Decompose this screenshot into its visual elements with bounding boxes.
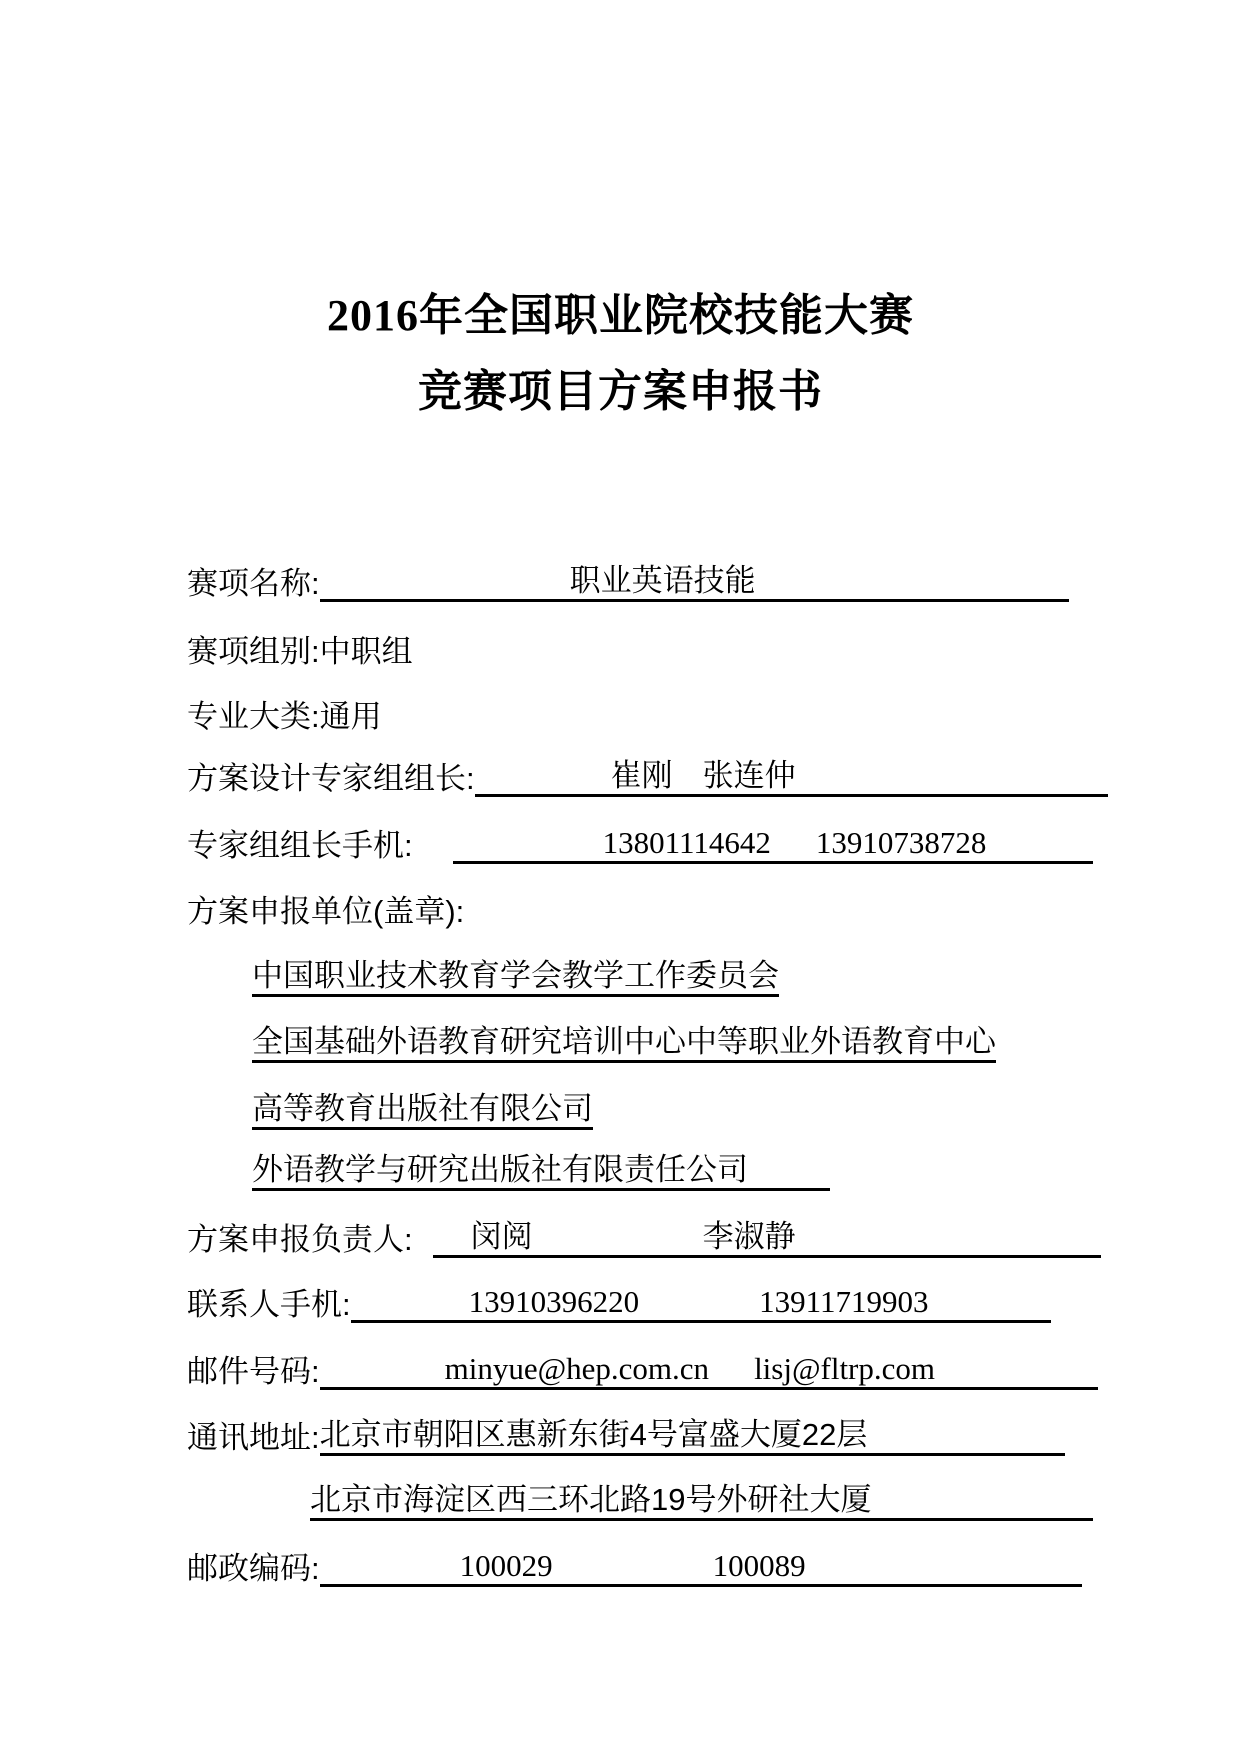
field-email-value1: minyue@hep.com.cn: [320, 1351, 709, 1387]
field-email-value2: lisj@fltrp.com: [754, 1351, 935, 1387]
field-applicant-person-blank: 闵阅李淑静: [433, 1219, 1101, 1258]
field-expert-mobile-label: 专家组组长手机:: [187, 828, 413, 864]
field-expert-leader-value2: 张连仲: [703, 758, 796, 794]
applicant-unit-2: 全国基础外语教育研究培训中心中等职业外语教育中心: [252, 1024, 996, 1063]
field-applicant-person: 方案申报负责人:闵阅李淑静: [187, 1222, 1101, 1258]
field-contact-mobile-label: 联系人手机:: [187, 1287, 351, 1323]
field-email-label: 邮件号码:: [187, 1354, 320, 1390]
field-expert-mobile-value1: 13801114642: [453, 825, 771, 861]
field-applicant-person-value1: 闵阅: [433, 1219, 533, 1255]
field-contact-mobile-blank: 1391039622013911719903: [351, 1284, 1051, 1323]
field-expert-leader-blank: 崔刚张连仲: [475, 758, 1108, 797]
document-title-line1: 2016年全国职业院校技能大赛: [0, 278, 1241, 354]
field-applicant-person-label: 方案申报负责人:: [187, 1222, 413, 1258]
field-contact-mobile: 联系人手机:1391039622013911719903: [187, 1287, 1051, 1323]
field-expert-leader-value1: 崔刚: [475, 758, 673, 794]
field-event-name-label: 赛项名称:: [187, 566, 320, 602]
field-address: 通讯地址:北京市朝阳区惠新东街4号富盛大厦22层: [187, 1420, 1065, 1456]
document-page: 2016年全国职业院校技能大赛 竞赛项目方案申报书 赛项名称:职业英语技能 赛项…: [0, 0, 1241, 1754]
field-postal-code: 邮政编码:100029100089: [187, 1551, 1082, 1587]
applicant-unit-4: 外语教学与研究出版社有限责任公司: [252, 1152, 830, 1191]
field-event-name-value: 职业英语技能: [320, 563, 756, 599]
applicant-unit-item: 全国基础外语教育研究培训中心中等职业外语教育中心: [252, 1027, 996, 1063]
field-applicant-unit-label: 方案申报单位(盖章):: [187, 894, 464, 930]
field-expert-mobile-blank: 1380111464213910738728: [453, 825, 1093, 864]
field-expert-mobile: 专家组组长手机:1380111464213910738728: [187, 828, 1093, 864]
field-event-group: 赛项组别:中职组: [187, 634, 413, 670]
document-title: 2016年全国职业院校技能大赛 竞赛项目方案申报书: [0, 278, 1241, 430]
field-major-category: 专业大类:通用: [187, 699, 382, 735]
applicant-unit-item: 中国职业技术教育学会教学工作委员会: [252, 961, 779, 997]
field-address-label: 通讯地址:: [187, 1420, 320, 1456]
document-title-line2: 竞赛项目方案申报书: [0, 354, 1241, 430]
field-applicant-unit: 方案申报单位(盖章):: [187, 894, 464, 930]
field-postal-code-label: 邮政编码:: [187, 1551, 320, 1587]
field-expert-mobile-value2: 13910738728: [816, 825, 987, 861]
field-postal-code-blank: 100029100089: [320, 1548, 1082, 1587]
field-address-value2: 北京市海淀区西三环北路19号外研社大厦: [310, 1482, 871, 1518]
field-event-name-blank: 职业英语技能: [320, 563, 1069, 602]
field-contact-mobile-value1: 13910396220: [351, 1284, 640, 1320]
field-email: 邮件号码:minyue@hep.com.cnlisj@fltrp.com: [187, 1354, 1098, 1390]
field-expert-leader-label: 方案设计专家组组长:: [187, 761, 475, 797]
field-event-group-label: 赛项组别:: [187, 634, 320, 670]
field-expert-leader: 方案设计专家组组长:崔刚张连仲: [187, 761, 1108, 797]
applicant-unit-item: 外语教学与研究出版社有限责任公司: [252, 1155, 830, 1191]
field-address-line2: 北京市海淀区西三环北路19号外研社大厦: [310, 1485, 1093, 1521]
field-postal-code-value2: 100089: [713, 1548, 806, 1584]
applicant-unit-1: 中国职业技术教育学会教学工作委员会: [252, 958, 779, 997]
field-major-category-label: 专业大类:: [187, 699, 320, 735]
field-email-blank: minyue@hep.com.cnlisj@fltrp.com: [320, 1351, 1098, 1390]
field-address-blank: 北京市朝阳区惠新东街4号富盛大厦22层: [320, 1417, 1065, 1456]
field-address-line2-blank: 北京市海淀区西三环北路19号外研社大厦: [310, 1482, 1093, 1521]
field-applicant-person-value2: 李淑静: [703, 1219, 796, 1255]
field-event-group-value: 中职组: [320, 634, 413, 670]
field-major-category-value: 通用: [320, 699, 382, 735]
field-event-name: 赛项名称:职业英语技能: [187, 566, 1069, 602]
applicant-unit-item: 高等教育出版社有限公司: [252, 1094, 593, 1130]
field-contact-mobile-value2: 13911719903: [759, 1284, 928, 1320]
applicant-unit-3: 高等教育出版社有限公司: [252, 1091, 593, 1130]
field-postal-code-value1: 100029: [320, 1548, 553, 1584]
field-address-value1: 北京市朝阳区惠新东街4号富盛大厦22层: [320, 1417, 868, 1453]
